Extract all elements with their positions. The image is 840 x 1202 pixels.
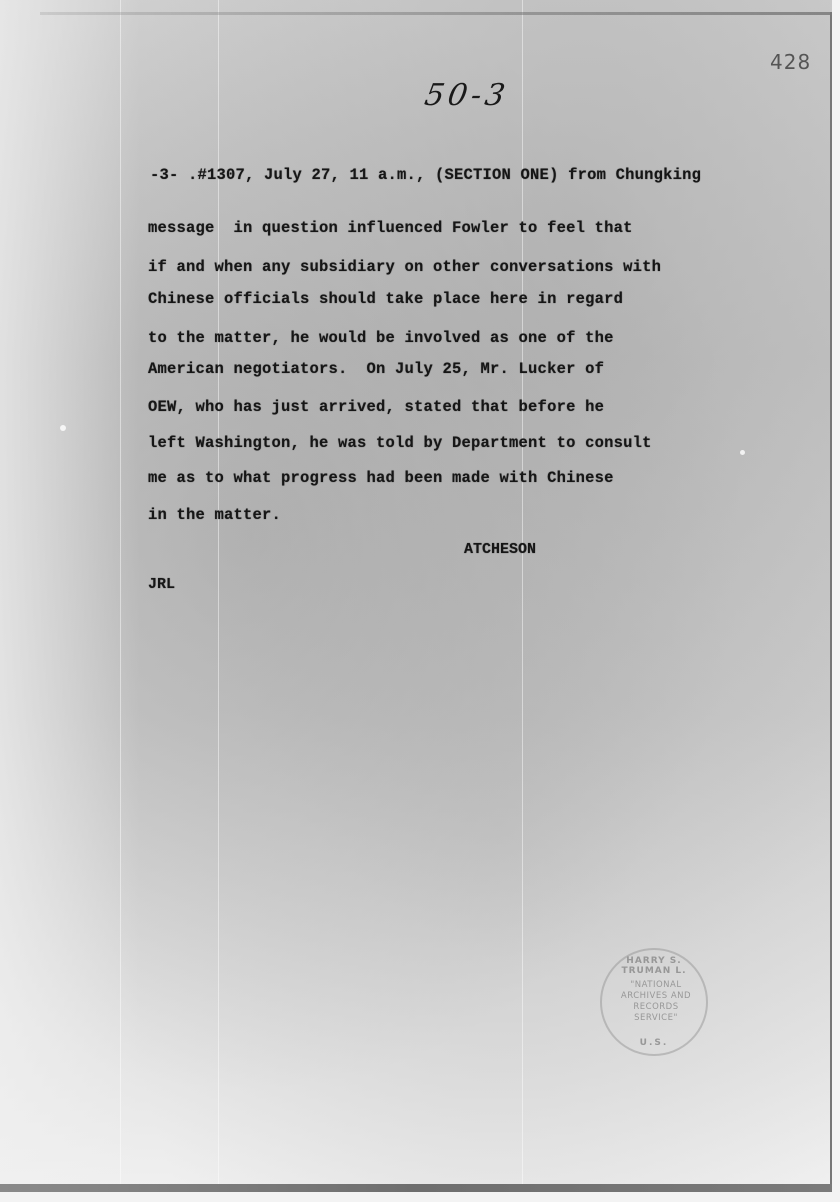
body-line: Chinese officials should take place here… (148, 290, 623, 308)
stamp-top-text: HARRY S. TRUMAN L. (602, 956, 706, 976)
body-line: American negotiators. On July 25, Mr. Lu… (148, 360, 604, 378)
signature: ATCHESON (464, 541, 536, 558)
stamp-line: RECORDS (616, 1002, 696, 1013)
body-line: left Washington, he was told by Departme… (148, 434, 652, 452)
paper-fade (0, 0, 140, 1190)
stamp-line: SERVICE" (616, 1013, 696, 1024)
right-edge (830, 12, 832, 1190)
stamp-line: "NATIONAL (616, 980, 696, 991)
body-line: message in question influenced Fowler to… (148, 219, 633, 237)
telegram-header: -3- .#1307, July 27, 11 a.m., (SECTION O… (150, 166, 701, 184)
top-edge (40, 12, 832, 15)
body-line: OEW, who has just arrived, stated that b… (148, 398, 604, 416)
handwritten-reference: 50-3 (422, 78, 512, 113)
body-line: me as to what progress had been made wit… (148, 469, 614, 487)
paper-speck (60, 425, 66, 431)
typist-initials: JRL (148, 576, 175, 593)
stamp-center-text: "NATIONAL ARCHIVES AND RECORDS SERVICE" (616, 980, 696, 1024)
bottom-edge (0, 1184, 832, 1192)
fold-line (120, 0, 121, 1190)
page-number: 428 (770, 50, 811, 74)
document-page: 428 50-3 -3- .#1307, July 27, 11 a.m., (… (0, 0, 832, 1190)
archives-stamp: HARRY S. TRUMAN L. "NATIONAL ARCHIVES AN… (600, 948, 708, 1056)
body-line: in the matter. (148, 506, 281, 524)
paper-speck (740, 450, 745, 455)
stamp-line: ARCHIVES AND (616, 991, 696, 1002)
body-line: if and when any subsidiary on other conv… (148, 258, 661, 276)
stamp-bottom-text: U.S. (602, 1038, 706, 1048)
body-line: to the matter, he would be involved as o… (148, 329, 614, 347)
